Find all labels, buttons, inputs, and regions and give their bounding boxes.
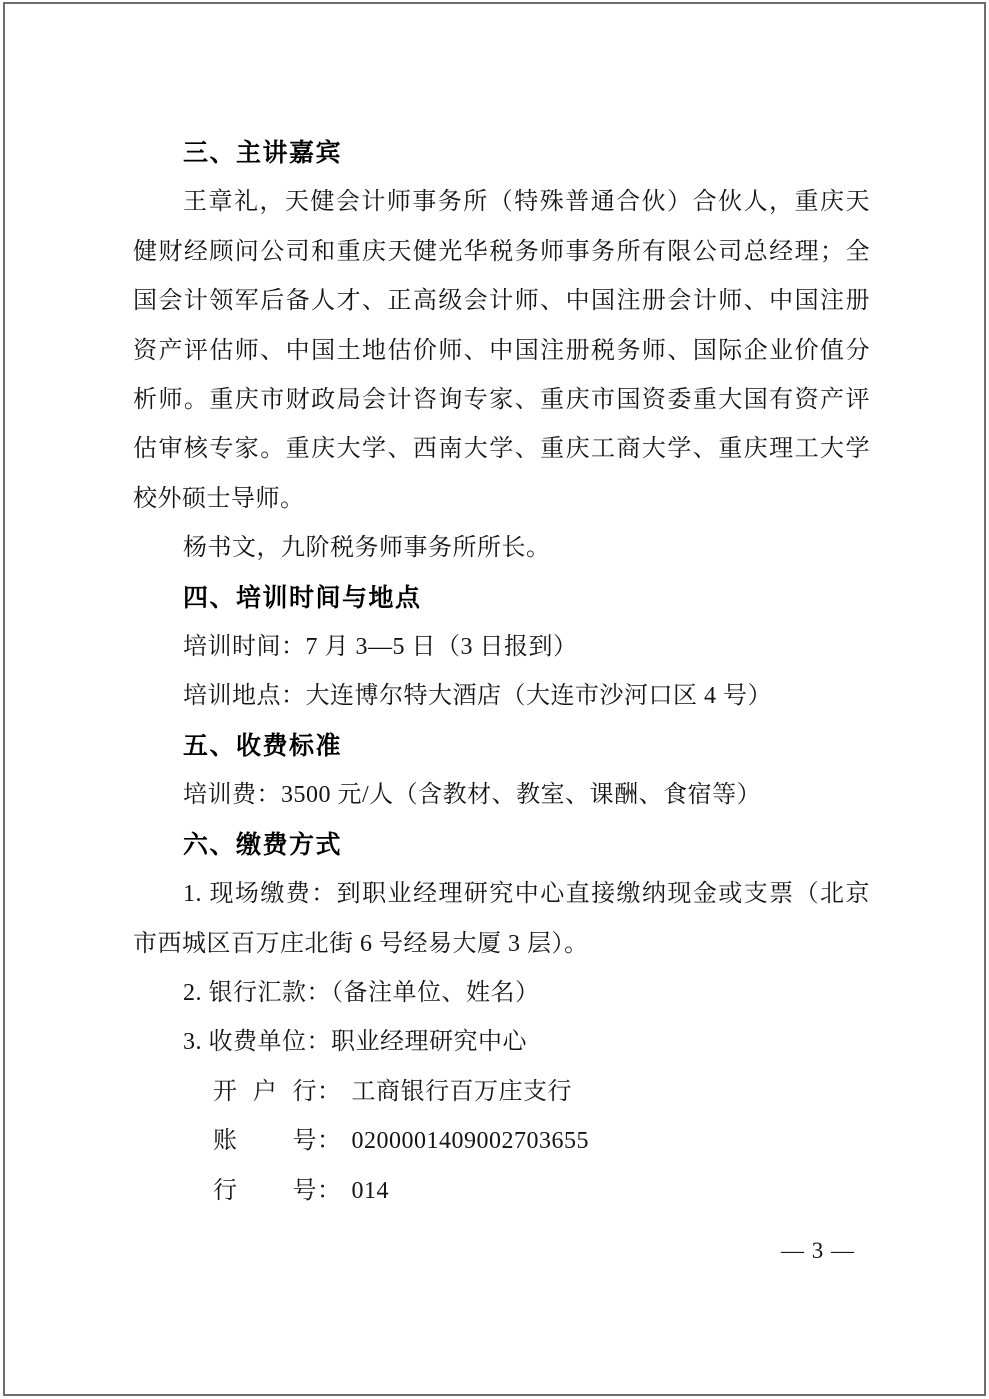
text-line: 杨书文，九阶税务师事务所所长。: [133, 524, 870, 573]
text-line: 王章礼，天健会计师事务所（特殊普通合伙）合伙人，重庆天: [133, 178, 870, 227]
section-heading: 五、收费标准: [133, 722, 870, 771]
text-line: 国会计领军后备人才、正高级会计师、中国注册会计师、中国注册: [133, 277, 870, 326]
colon: ：: [317, 1117, 342, 1166]
text-line: 培训地点：大连博尔特大酒店（大连市沙河口区 4 号）: [133, 672, 870, 721]
document-body: 三、主讲嘉宾王章礼，天健会计师事务所（特殊普通合伙）合伙人，重庆天健财经顾问公司…: [133, 129, 870, 1216]
bank-detail-value: 工商银行百万庄支行: [342, 1068, 573, 1117]
text-line: 3. 收费单位：职业经理研究中心: [133, 1018, 870, 1067]
text-line: 2. 银行汇款：（备注单位、姓名）: [133, 969, 870, 1018]
text-line: 校外硕士导师。: [133, 475, 870, 524]
bank-detail-label: 账号: [213, 1117, 317, 1166]
colon: ：: [317, 1068, 342, 1117]
bank-detail-line: 账号：0200001409002703655: [133, 1117, 870, 1166]
page: { "doc": { "colon": "：", "page_number": …: [0, 0, 989, 1399]
bank-detail-value: 014: [342, 1167, 390, 1216]
text-line: 1. 现场缴费：到职业经理研究中心直接缴纳现金或支票（北京: [133, 870, 870, 919]
text-line: 资产评估师、中国土地估价师、中国注册税务师、国际企业价值分: [133, 327, 870, 376]
bank-detail-label: 行号: [213, 1167, 317, 1216]
section-heading: 六、缴费方式: [133, 821, 870, 870]
text-line: 市西城区百万庄北街 6 号经易大厦 3 层）。: [133, 920, 870, 969]
text-line: 培训费：3500 元/人（含教材、教室、课酬、食宿等）: [133, 771, 870, 820]
page-number: — 3 —: [781, 1226, 855, 1275]
text-line: 健财经顾问公司和重庆天健光华税务师事务所有限公司总经理；全: [133, 228, 870, 277]
text-line: 析师。重庆市财政局会计咨询专家、重庆市国资委重大国有资产评: [133, 376, 870, 425]
section-heading: 三、主讲嘉宾: [133, 129, 870, 178]
colon: ：: [317, 1167, 342, 1216]
bank-detail-label: 开户行: [213, 1068, 317, 1117]
bank-detail-line: 行号：014: [133, 1167, 870, 1216]
text-line: 培训时间：7 月 3—5 日（3 日报到）: [133, 623, 870, 672]
text-line: 估审核专家。重庆大学、西南大学、重庆工商大学、重庆理工大学: [133, 425, 870, 474]
bank-detail-value: 0200001409002703655: [342, 1117, 590, 1166]
section-heading: 四、培训时间与地点: [133, 574, 870, 623]
bank-detail-line: 开户行：工商银行百万庄支行: [133, 1068, 870, 1117]
